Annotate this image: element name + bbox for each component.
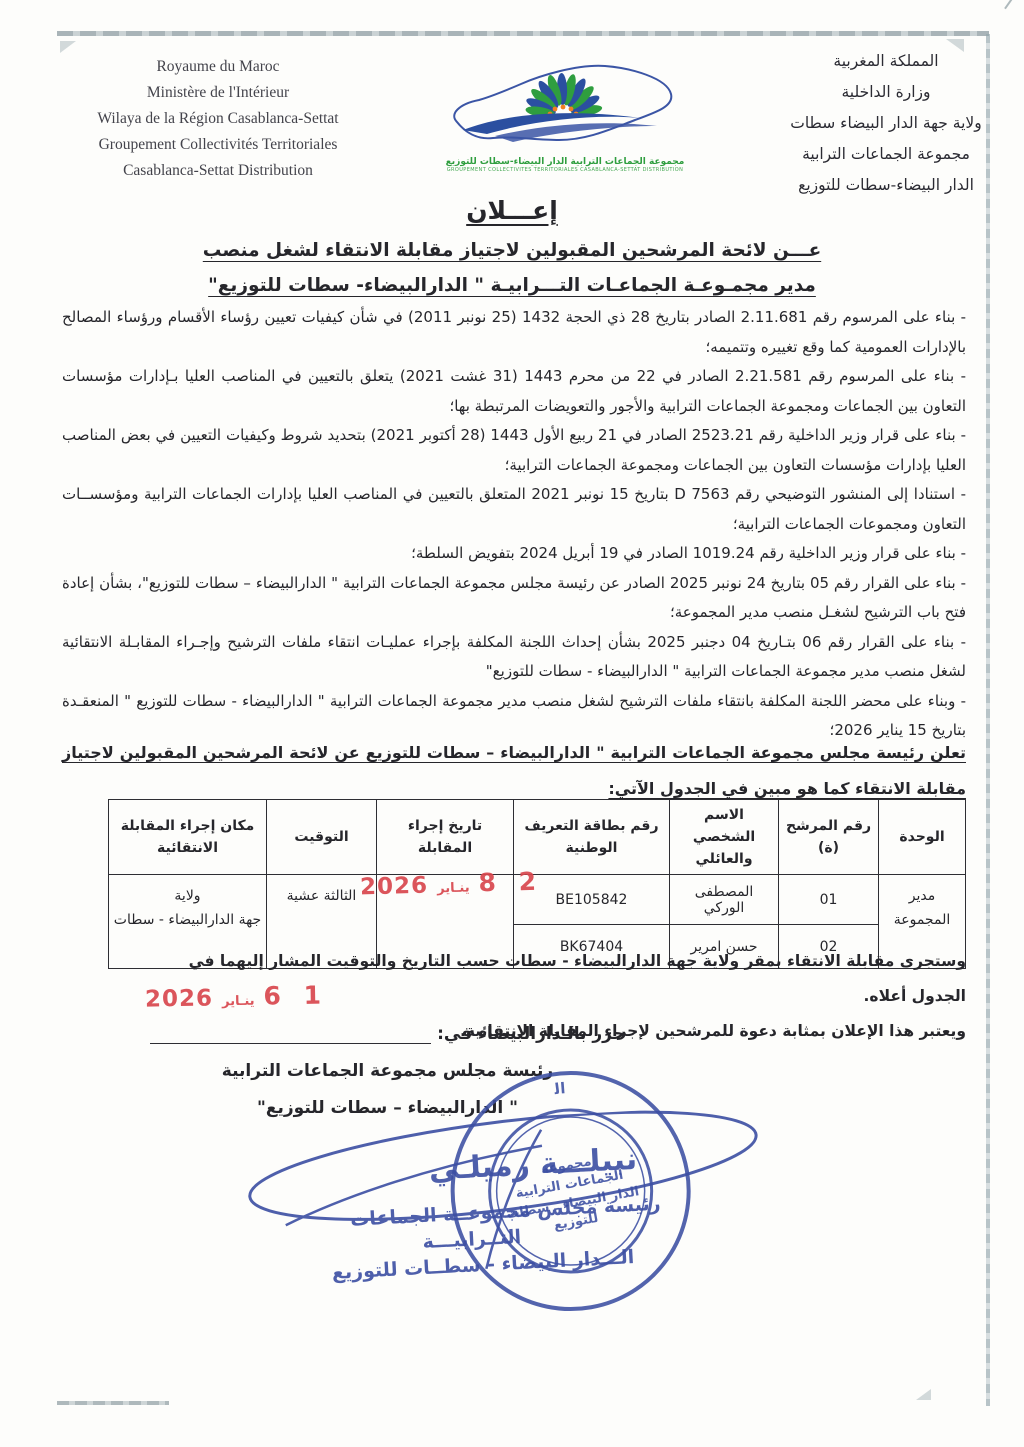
document-title: إعـــلان — [60, 196, 964, 225]
header-fr-line: Groupement Collectivités Territoriales — [78, 132, 358, 158]
logo-sunburst — [524, 73, 603, 120]
stamp-month: ينـاير — [437, 881, 470, 897]
header-fr-line: Casablanca-Settat Distribution — [78, 158, 358, 184]
header-french-block: Royaume du Maroc Ministère de l'Intérieu… — [78, 54, 358, 184]
organization-logo: مجموعة الجماعات الترابية الدار البيضاء-س… — [430, 56, 700, 173]
scanned-announcement-document: Royaume du Maroc Ministère de l'Intérieu… — [0, 0, 1024, 1447]
announcement-paragraph: تعلن رئيسة مجلس مجموعة الجماعات الترابية… — [62, 735, 966, 807]
cell-place-line2: جهة الدارالبيضاء - سطات — [113, 908, 262, 932]
closing-place-line: حرر بالـدارالبيضاء في: — [150, 1016, 625, 1053]
region-map-logo-icon — [435, 56, 695, 152]
stamp-month: ينـاير — [222, 994, 255, 1010]
legal-reference-item: - بناء على المرسوم رقم 2.21.581 الصادر ف… — [62, 362, 966, 421]
header-ar-line: وزارة الداخلية — [780, 77, 992, 108]
scan-corner-mark — [1004, 0, 1014, 9]
logo-caption-arabic: مجموعة الجماعات الترابية الدار البيضاء-س… — [430, 157, 700, 167]
scan-edge-top — [57, 31, 989, 36]
header-fr-line: Royaume du Maroc — [78, 54, 358, 80]
round-stamp-center-line4: للتوزيع — [553, 1211, 600, 1234]
official-round-stamp: المملكة المغربية ★ وزارة الداخلية ★ ولاي… — [426, 1046, 716, 1340]
col-header-national-id: رقم بطاقة التعريف الوطنية — [514, 800, 670, 875]
document-subtitle-line1: عـــن لائحة المرشحين المقبولين لاجتياز م… — [60, 233, 964, 268]
stamp-day: 2 8 — [478, 867, 543, 898]
header-arabic-block: المملكة المغربية وزارة الداخلية ولاية جه… — [780, 46, 992, 201]
title-block: إعـــلان عـــن لائحة المرشحين المقبولين … — [60, 196, 964, 303]
scan-edge-right — [986, 34, 990, 1406]
cell-place-line1: ولاية — [113, 884, 262, 908]
cell-candidate-number: 01 — [779, 875, 879, 925]
stamp-day: 1 6 — [263, 980, 328, 1010]
header-fr-line: Wilaya de la Région Casablanca-Settat — [78, 106, 358, 132]
header-ar-line: المملكة المغربية — [780, 46, 992, 77]
col-header-candidate-number: رقم المرشح (ة) — [779, 800, 879, 875]
cell-candidate-name: المصطفى الوركي — [670, 875, 779, 925]
legal-reference-item: - استنادا إلى المنشور التوضيحي رقم D 756… — [62, 480, 966, 539]
footer-date-stamp-red: 1 6 ينـاير 2026 — [145, 980, 329, 1012]
legal-references-list: - بناء على المرسوم رقم 2.11.681 الصادر ب… — [62, 303, 966, 746]
legal-reference-item: - بناء على قرار وزير الداخلية رقم 2523.2… — [62, 421, 966, 480]
blank-dash-line — [150, 1043, 431, 1044]
scan-edge-bottom — [57, 1401, 169, 1405]
document-subtitle-line2: مدير مجمـوعـة الجماعـات التـــرابيـة " ا… — [60, 268, 964, 303]
stamp-year: 2026 — [360, 873, 429, 901]
header-ar-line: مجموعة الجماعات الترابية — [780, 139, 992, 170]
legal-reference-item: - بناء على القرار رقم 06 بتـاريخ 04 دجنب… — [62, 628, 966, 687]
header-ar-line: ولاية جهة الدار البيضاء سطات — [780, 108, 992, 139]
col-header-interview-place: مكان إجراء المقابلة الانتقائية — [109, 800, 267, 875]
closing-place-text: حرر بالـدارالبيضاء في: — [437, 1016, 625, 1053]
stamp-year: 2026 — [145, 985, 213, 1012]
legal-reference-item: - بناء على المرسوم رقم 2.11.681 الصادر ب… — [62, 303, 966, 362]
legal-reference-item: - بناء على قرار وزير الداخلية رقم 1019.2… — [62, 539, 966, 569]
logo-caption-english: GROUPEMENT COLLECTIVITES TERRITORIALES C… — [430, 167, 700, 173]
table-header-row: الوحدة رقم المرشح (ة) الاسم الشخصي والعا… — [109, 800, 966, 875]
scan-corner-fold-top-left — [60, 41, 76, 53]
date-stamp-red: 2 8 ينـاير 2026 — [360, 867, 544, 901]
legal-reference-item: - بناء على القرار رقم 05 بتاريخ 24 نونبر… — [62, 569, 966, 628]
col-header-unit: الوحدة — [879, 800, 966, 875]
col-header-interview-date: تاريخ إجراء المقابلة — [377, 800, 514, 875]
header-fr-line: Ministère de l'Intérieur — [78, 80, 358, 106]
scan-corner-fold-bottom-right — [916, 1389, 931, 1400]
col-header-full-name: الاسم الشخصي والعائلي — [670, 800, 779, 875]
col-header-time: التوقيت — [267, 800, 377, 875]
